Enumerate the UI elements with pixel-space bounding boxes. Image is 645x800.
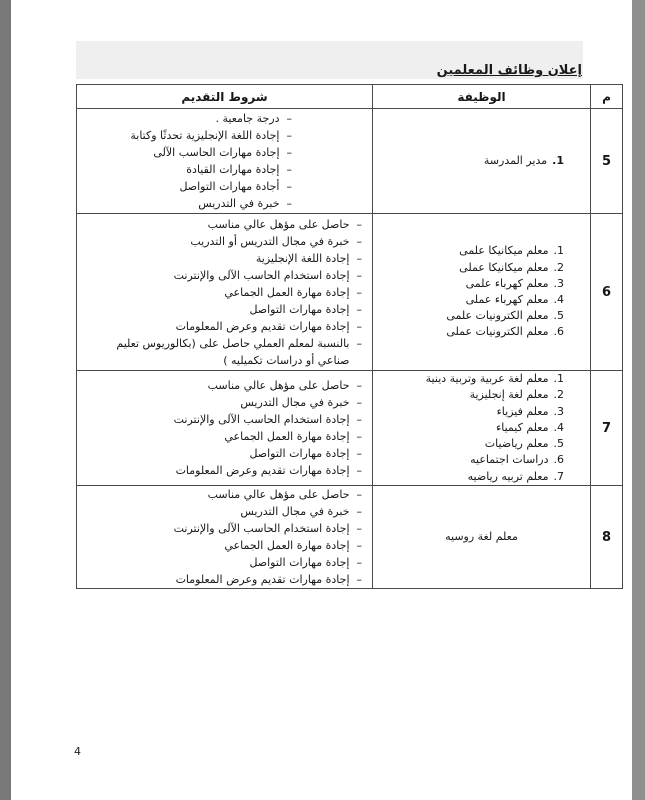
condition-label: إجادة استخدام الحاسب الآلى والإنترنت (174, 267, 350, 284)
header-job: الوظيفة (373, 85, 591, 109)
job-list: 1.معلم ميكانيكا علمى2.معلم ميكانيكا عملى… (373, 243, 590, 340)
dash-bullet: – (357, 250, 363, 267)
condition-item: –إجادة استخدام الحاسب الآلى والإنترنت (83, 267, 362, 284)
job-item-label: معلم تربيه رياضيه (468, 469, 549, 485)
job-item-number: 4. (554, 420, 565, 436)
job-item: 4.معلم كيمياء (377, 420, 564, 436)
condition-label: أجادة مهارات التواصل (179, 178, 279, 195)
condition-item: –إجادة استخدام الحاسب الآلى والإنترنت (83, 411, 362, 428)
dash-bullet: – (287, 161, 293, 178)
page-number: 4 (74, 745, 81, 758)
dash-bullet: – (357, 267, 363, 284)
job-item: 6.معلم الكترونيات عملى (377, 324, 564, 340)
condition-label: خبرة في مجال التدريس (240, 394, 349, 411)
condition-item: –إجادة مهارة العمل الجماعي (83, 428, 362, 445)
table-header: م الوظيفة شروط التقديم (77, 85, 623, 109)
condition-label: حاصل على مؤهل عالي مناسب (208, 486, 350, 503)
jobs-table: م الوظيفة شروط التقديم 51.مدير المدرسة–د… (76, 84, 623, 589)
job-item-number: 2. (554, 387, 565, 403)
condition-item: –حاصل على مؤهل عالي مناسب (83, 486, 362, 503)
table-row: 71.معلم لغة عربية وتربية دينية2.معلم لغة… (77, 371, 623, 486)
condition-label: إجادة مهارات التواصل (249, 445, 349, 462)
job-item-label: مدير المدرسة (484, 153, 547, 169)
job-item-number: 3. (554, 276, 565, 292)
job-item-number: 2. (554, 260, 565, 276)
job-item-number: 1. (552, 153, 564, 169)
conditions-cell: –درجة جامعية .–إجادة اللغة الإنجليزية تح… (77, 109, 373, 214)
row-number-cell: 5 (591, 109, 623, 214)
table-row: 8معلم لغة روسيه–حاصل على مؤهل عالي مناسب… (77, 486, 623, 589)
job-cell: معلم لغة روسيه (373, 486, 591, 589)
dash-bullet: – (357, 411, 363, 428)
header-num: م (591, 85, 623, 109)
job-item: 3.معلم فيزياء (377, 404, 564, 420)
dash-bullet: – (357, 571, 363, 588)
dash-bullet: – (287, 144, 293, 161)
left-edge-strip (0, 0, 11, 800)
job-item-label: معلم لغة إنجليزية (470, 387, 549, 403)
job-item: 1.معلم لغة عربية وتربية دينية (377, 371, 564, 387)
job-item-number: 5. (554, 436, 565, 452)
job-item-label: معلم لغة عربية وتربية دينية (426, 371, 549, 387)
condition-item: –إجادة مهارة العمل الجماعي (83, 537, 362, 554)
job-item-number: 1. (554, 371, 565, 387)
dash-bullet: – (287, 178, 293, 195)
condition-label: حاصل على مؤهل عالي مناسب (208, 377, 350, 394)
condition-label: إجادة اللغة الإنجليزية تحدثًا وكتابة (130, 127, 279, 144)
condition-label: بالنسبة لمعلم العملي حاصل على (بكالوريوس… (83, 335, 350, 369)
job-item: 7.معلم تربيه رياضيه (377, 469, 564, 485)
job-cell: 1.معلم لغة عربية وتربية دينية2.معلم لغة … (373, 371, 591, 486)
condition-label: إجادة استخدام الحاسب الآلى والإنترنت (174, 520, 350, 537)
job-item-label: معلم رياضيات (485, 436, 549, 452)
job-item-number: 4. (554, 292, 565, 308)
job-item-number: 1. (554, 243, 565, 259)
job-item-label: معلم ميكانيكا علمى (459, 243, 548, 259)
condition-item: –إجادة مهارات التواصل (83, 445, 362, 462)
condition-label: إجادة استخدام الحاسب الآلى والإنترنت (174, 411, 350, 428)
job-cell: 1.مدير المدرسة (373, 109, 591, 214)
dash-bullet: – (357, 520, 363, 537)
dash-bullet: – (357, 216, 363, 233)
dash-bullet: – (287, 195, 293, 212)
condition-label: إجادة مهارات التواصل (249, 301, 349, 318)
condition-item: –حاصل على مؤهل عالي مناسب (83, 216, 362, 233)
job-item-label: معلم لغة روسيه (445, 529, 518, 545)
condition-item: –إجادة مهارات الحاسب الآلى (83, 144, 292, 161)
dash-bullet: – (357, 445, 363, 462)
condition-item: –درجة جامعية . (83, 110, 292, 127)
condition-label: إجادة مهارات القيادة (186, 161, 279, 178)
job-item: 5.معلم الكترونيات علمى (377, 308, 564, 324)
table-row: 51.مدير المدرسة–درجة جامعية .–إجادة اللغ… (77, 109, 623, 214)
condition-item: –إجادة مهارات القيادة (83, 161, 292, 178)
right-edge-strip (632, 0, 645, 800)
condition-label: خبرة في التدريس (198, 195, 279, 212)
condition-label: إجادة مهارة العمل الجماعي (224, 284, 349, 301)
conditions-list: –حاصل على مؤهل عالي مناسب–خبرة في مجال ا… (77, 486, 372, 588)
header-conditions: شروط التقديم (77, 85, 373, 109)
dash-bullet: – (357, 284, 363, 301)
condition-item: –إجادة مهارات التواصل (83, 554, 362, 571)
condition-item: –خبرة في مجال التدريس (83, 394, 362, 411)
conditions-cell: –حاصل على مؤهل عالي مناسب–خبرة في مجال ا… (77, 486, 373, 589)
job-cell: 1.معلم ميكانيكا علمى2.معلم ميكانيكا عملى… (373, 214, 591, 371)
dash-bullet: – (287, 110, 293, 127)
condition-label: إجادة مهارات التواصل (249, 554, 349, 571)
job-item-number: 6. (554, 452, 565, 468)
condition-item: –إجادة مهارات تقديم وعرض المعلومات (83, 318, 362, 335)
row-number-cell: 6 (591, 214, 623, 371)
document-page: إعلان وظائف المعلمين م الوظيفة شروط التق… (0, 0, 645, 800)
dash-bullet: – (357, 301, 363, 318)
page-title: إعلان وظائف المعلمين (437, 64, 583, 79)
job-item: 2.معلم لغة إنجليزية (377, 387, 564, 403)
dash-bullet: – (357, 377, 363, 394)
conditions-list: –حاصل على مؤهل عالي مناسب–خبرة في مجال ا… (77, 216, 372, 369)
condition-item: –إجادة مهارات تقديم وعرض المعلومات (83, 571, 362, 588)
job-item-label: معلم كهرباء علمى (466, 276, 549, 292)
job-item-number: 6. (554, 324, 565, 340)
job-item: معلم لغة روسيه (377, 529, 586, 545)
job-list: معلم لغة روسيه (373, 529, 590, 545)
dash-bullet: – (357, 537, 363, 554)
row-number-cell: 8 (591, 486, 623, 589)
condition-item: –إجادة اللغة الإنجليزية تحدثًا وكتابة (83, 127, 292, 144)
condition-item: –إجادة اللغة الإنجليزية (83, 250, 362, 267)
job-item-label: معلم الكترونيات عملى (446, 324, 548, 340)
dash-bullet: – (357, 335, 363, 369)
job-item-label: معلم الكترونيات علمى (446, 308, 548, 324)
dash-bullet: – (287, 127, 293, 144)
job-item: 2.معلم ميكانيكا عملى (377, 260, 564, 276)
conditions-list: –حاصل على مؤهل عالي مناسب–خبرة في مجال ا… (77, 377, 372, 479)
condition-item: –إجادة مهارات تقديم وعرض المعلومات (83, 462, 362, 479)
condition-label: إجادة مهارات الحاسب الآلى (153, 144, 279, 161)
job-item: 3.معلم كهرباء علمى (377, 276, 564, 292)
condition-label: إجادة مهارات تقديم وعرض المعلومات (176, 318, 350, 335)
condition-label: خبرة في مجال التدريس أو التدريب (190, 233, 349, 250)
condition-item: –خبرة في مجال التدريس أو التدريب (83, 233, 362, 250)
job-item-number: 7. (554, 469, 565, 485)
condition-item: –إجادة مهارة العمل الجماعي (83, 284, 362, 301)
dash-bullet: – (357, 486, 363, 503)
dash-bullet: – (357, 428, 363, 445)
row-number-cell: 7 (591, 371, 623, 486)
job-item-label: معلم كيمياء (496, 420, 548, 436)
job-item-label: دراسات اجتماعيه (470, 452, 548, 468)
condition-label: إجادة مهارات تقديم وعرض المعلومات (176, 462, 350, 479)
condition-label: درجة جامعية . (216, 110, 280, 127)
conditions-cell: –حاصل على مؤهل عالي مناسب–خبرة في مجال ا… (77, 214, 373, 371)
condition-label: إجادة مهارات تقديم وعرض المعلومات (176, 571, 350, 588)
job-item: 1.معلم ميكانيكا علمى (377, 243, 564, 259)
title-block: إعلان وظائف المعلمين (76, 41, 583, 79)
condition-item: –خبرة في مجال التدريس (83, 503, 362, 520)
job-item-label: معلم فيزياء (497, 404, 549, 420)
condition-label: خبرة في مجال التدريس (240, 503, 349, 520)
job-item: 4.معلم كهرباء عملى (377, 292, 564, 308)
job-list: 1.مدير المدرسة (373, 153, 590, 169)
job-list: 1.معلم لغة عربية وتربية دينية2.معلم لغة … (373, 371, 590, 484)
dash-bullet: – (357, 394, 363, 411)
condition-label: إجادة مهارة العمل الجماعي (224, 428, 349, 445)
condition-item: –إجادة استخدام الحاسب الآلى والإنترنت (83, 520, 362, 537)
job-item: 1.مدير المدرسة (377, 153, 564, 169)
condition-label: إجادة اللغة الإنجليزية (256, 250, 350, 267)
job-item-number: 5. (554, 308, 565, 324)
condition-item: –بالنسبة لمعلم العملي حاصل على (بكالوريو… (83, 335, 362, 369)
condition-item: –حاصل على مؤهل عالي مناسب (83, 377, 362, 394)
condition-label: إجادة مهارة العمل الجماعي (224, 537, 349, 554)
condition-label: حاصل على مؤهل عالي مناسب (208, 216, 350, 233)
job-item: 5.معلم رياضيات (377, 436, 564, 452)
conditions-list: –درجة جامعية .–إجادة اللغة الإنجليزية تح… (77, 110, 372, 212)
dash-bullet: – (357, 462, 363, 479)
dash-bullet: – (357, 554, 363, 571)
conditions-cell: –حاصل على مؤهل عالي مناسب–خبرة في مجال ا… (77, 371, 373, 486)
job-item-label: معلم ميكانيكا عملى (459, 260, 548, 276)
condition-item: –خبرة في التدريس (83, 195, 292, 212)
job-item: 6.دراسات اجتماعيه (377, 452, 564, 468)
dash-bullet: – (357, 503, 363, 520)
job-item-label: معلم كهرباء عملى (466, 292, 549, 308)
condition-item: –أجادة مهارات التواصل (83, 178, 292, 195)
condition-item: –إجادة مهارات التواصل (83, 301, 362, 318)
dash-bullet: – (357, 318, 363, 335)
table-body: 51.مدير المدرسة–درجة جامعية .–إجادة اللغ… (77, 109, 623, 589)
table-row: 61.معلم ميكانيكا علمى2.معلم ميكانيكا عمل… (77, 214, 623, 371)
dash-bullet: – (357, 233, 363, 250)
job-item-number: 3. (554, 404, 565, 420)
